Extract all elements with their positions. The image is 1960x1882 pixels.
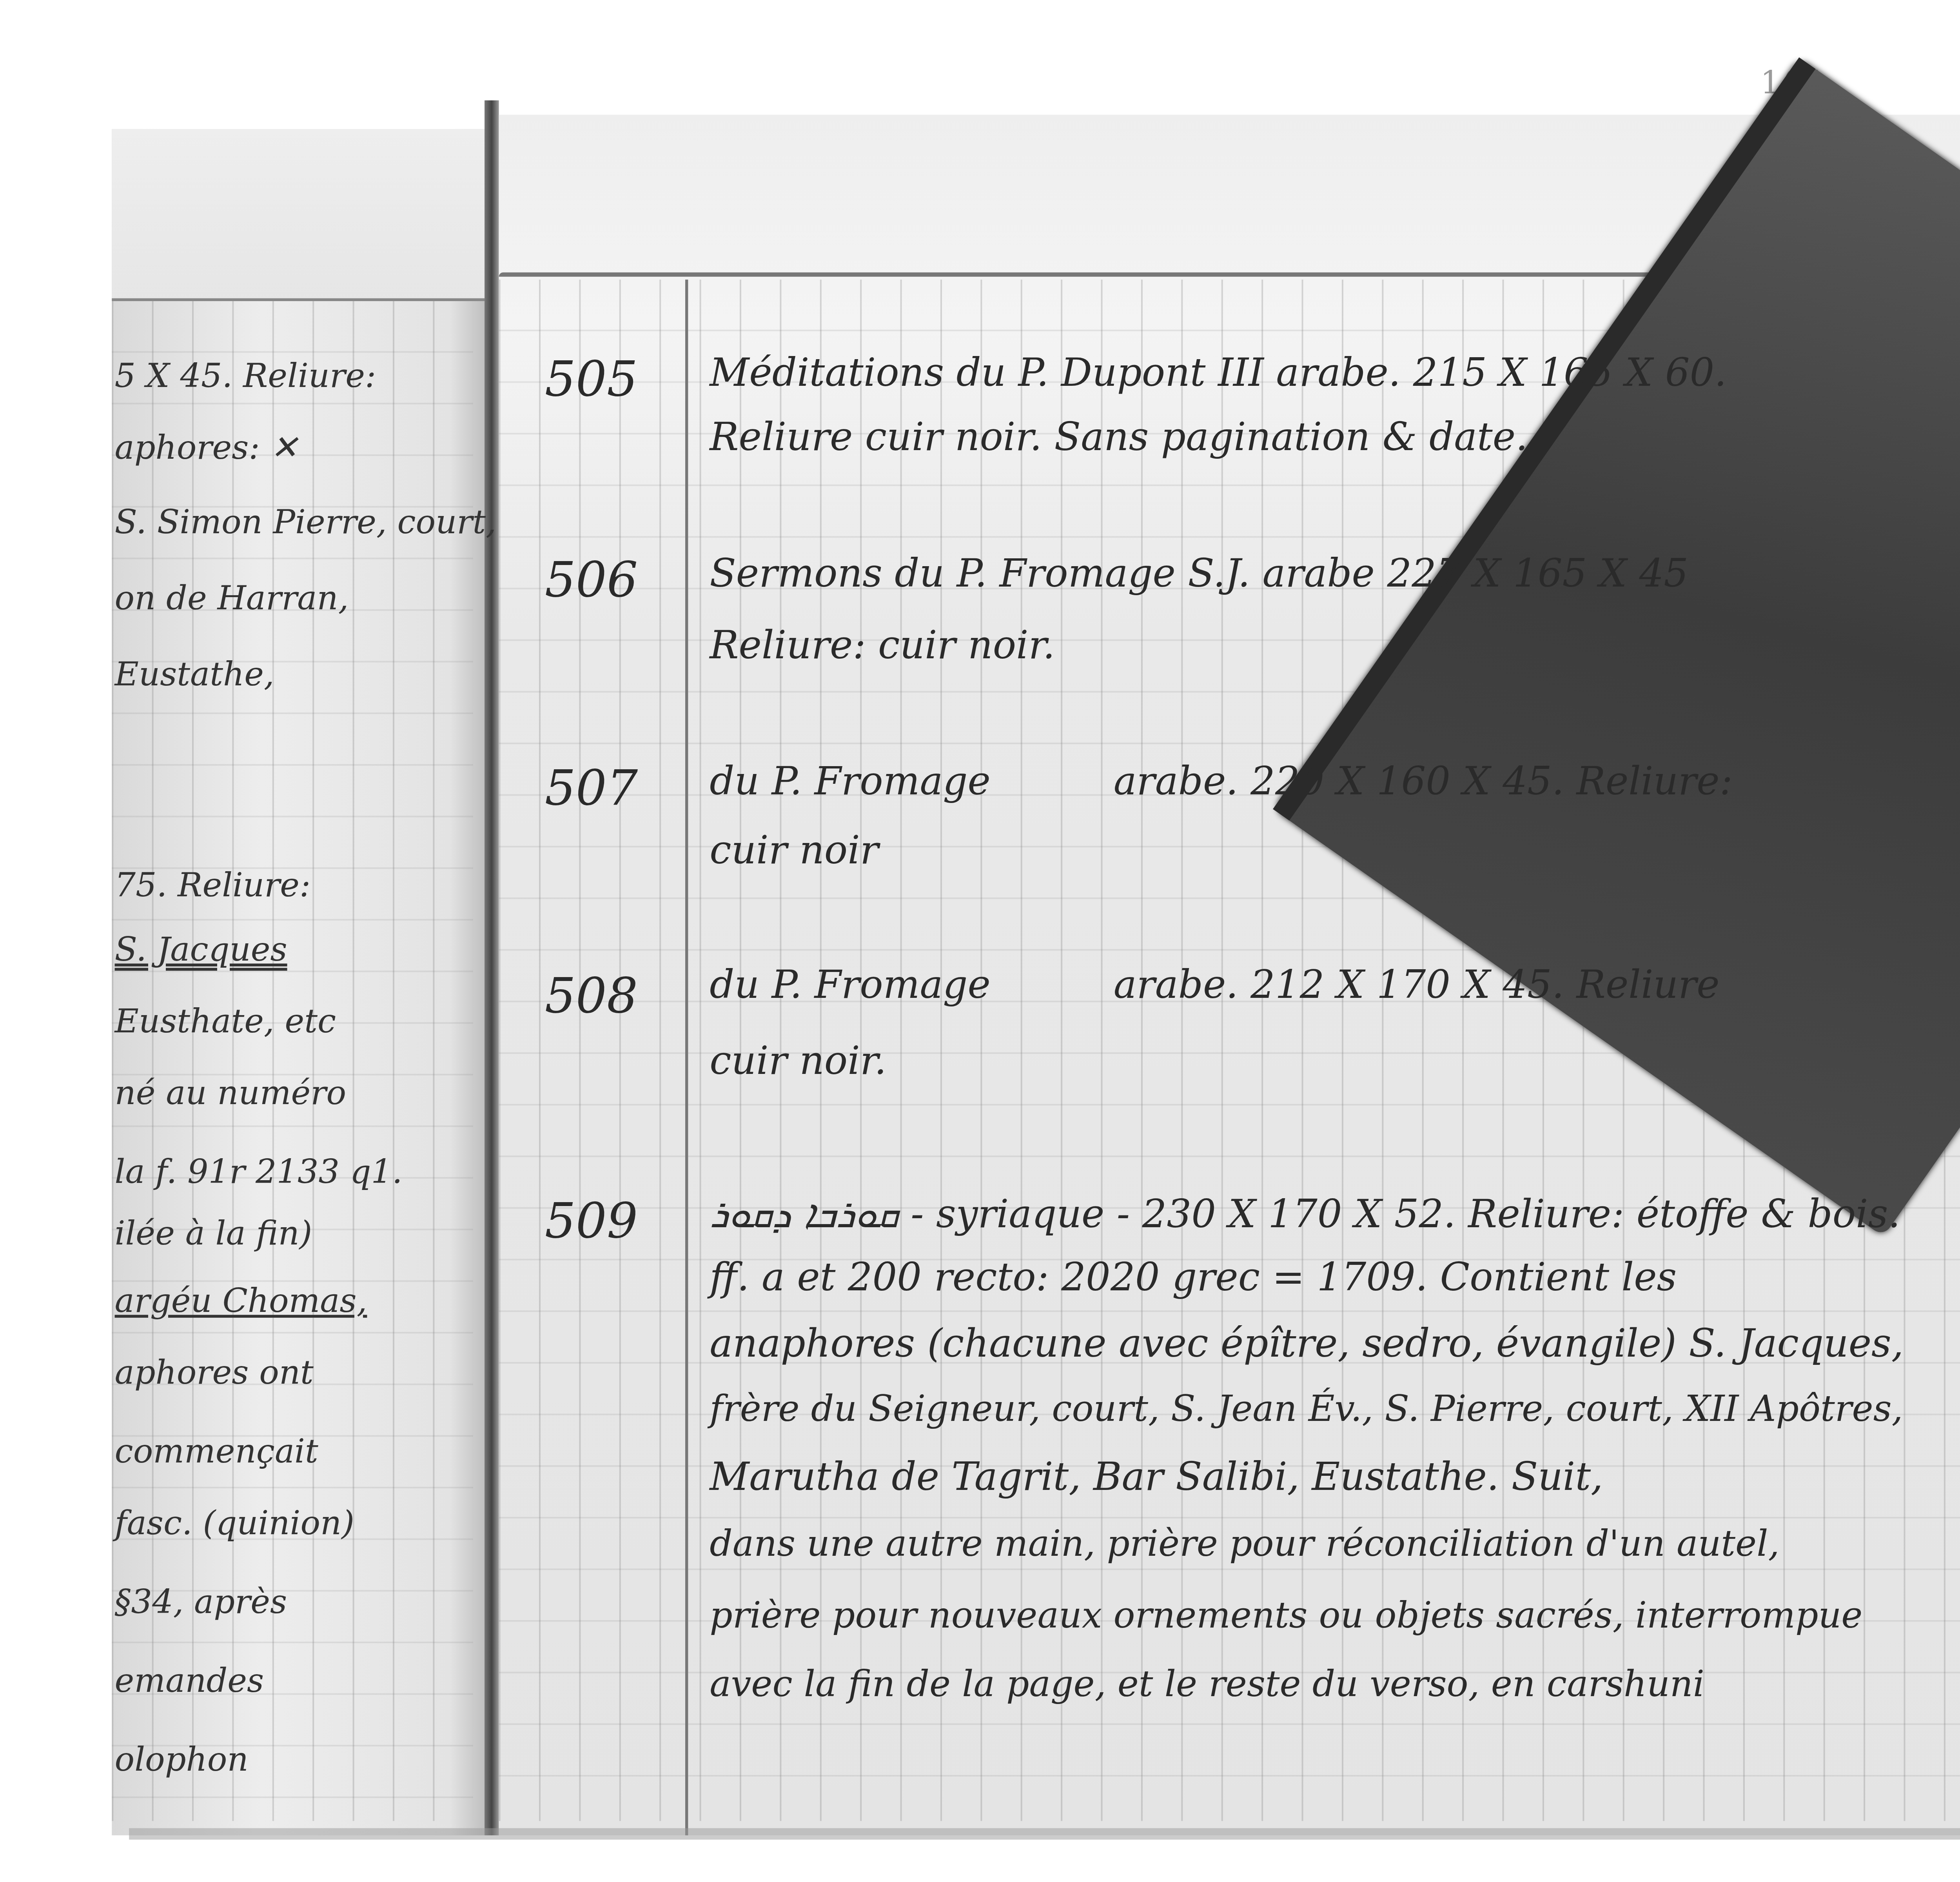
entry-line: du P. Fromage arabe. 220 X 160 X 45. Rel… — [710, 760, 1733, 804]
left-note: emandes — [115, 1663, 264, 1700]
entry-number: 509 — [545, 1193, 638, 1250]
entry-number: 507 — [545, 760, 638, 817]
entry-line: ܩܘܪܒܐ ܕܩܘܪ - syriaque - 230 X 170 X 52. … — [710, 1193, 1900, 1239]
margin-line — [685, 280, 687, 1835]
notebook-photo: 101 5 X 45. Reliure: aphores: ✕ S. Simon… — [0, 0, 1960, 1881]
entry-line: cuir noir — [710, 829, 878, 873]
left-note: ilée à la fin) — [115, 1216, 312, 1253]
notebook-spine — [485, 100, 499, 1835]
page-bottom-edge — [129, 1828, 1960, 1840]
left-note: fasc. (quinion) — [115, 1506, 354, 1543]
entry-line: cuir noir. — [710, 1039, 886, 1084]
entry-line: Marutha de Tagrit, Bar Salibi, Eustathe.… — [710, 1455, 1603, 1500]
entry-line: Reliure: cuir noir. — [710, 624, 1055, 668]
left-note: né au numéro — [115, 1075, 346, 1113]
entry-line: Reliure cuir noir. Sans pagination & dat… — [710, 416, 1528, 460]
left-note: S. Jacques — [115, 932, 287, 969]
left-note: 75. Reliure: — [115, 867, 311, 905]
entry-number: 508 — [545, 968, 638, 1025]
header-rule — [112, 298, 487, 301]
entry-line: du P. Fromage arabe. 212 X 170 X 45. Rel… — [710, 964, 1720, 1008]
left-note: la f. 91r 2133 q1. — [115, 1154, 403, 1192]
entry-number: 506 — [545, 552, 638, 609]
left-note: on de Harran, — [115, 581, 349, 618]
entry-line: dans une autre main, prière pour réconci… — [710, 1523, 1779, 1564]
entry-line: frère du Seigneur, court, S. Jean Év., S… — [710, 1388, 1903, 1430]
left-note: aphores: ✕ — [115, 430, 298, 467]
left-note: commençait — [115, 1434, 318, 1471]
entry-number: 505 — [545, 351, 638, 409]
entry-line: avec la fin de la page, et le reste du v… — [710, 1663, 1704, 1705]
entry-line: anaphores (chacune avec épître, sedro, é… — [710, 1322, 1904, 1366]
left-note: S. Simon Pierre, court, — [115, 505, 497, 542]
left-note: §34, après — [115, 1584, 287, 1622]
left-note: 5 X 45. Reliure: — [115, 358, 376, 396]
entry-line: Méditations du P. Dupont III arabe. 215 … — [710, 351, 1727, 396]
left-note: Eusthate, etc — [115, 1004, 336, 1041]
left-note: Eustathe, — [115, 657, 274, 694]
left-note: olophon — [115, 1742, 249, 1779]
left-note: argéu Chomas, — [115, 1283, 367, 1321]
entry-line: ff. a et 200 recto: 2020 grec = 1709. Co… — [710, 1256, 1677, 1301]
left-note: aphores ont — [115, 1355, 314, 1392]
entry-line: prière pour nouveaux ornements ou objets… — [710, 1595, 1862, 1636]
entry-line: Sermons du P. Fromage S.J. arabe 227 X 1… — [710, 552, 1688, 596]
